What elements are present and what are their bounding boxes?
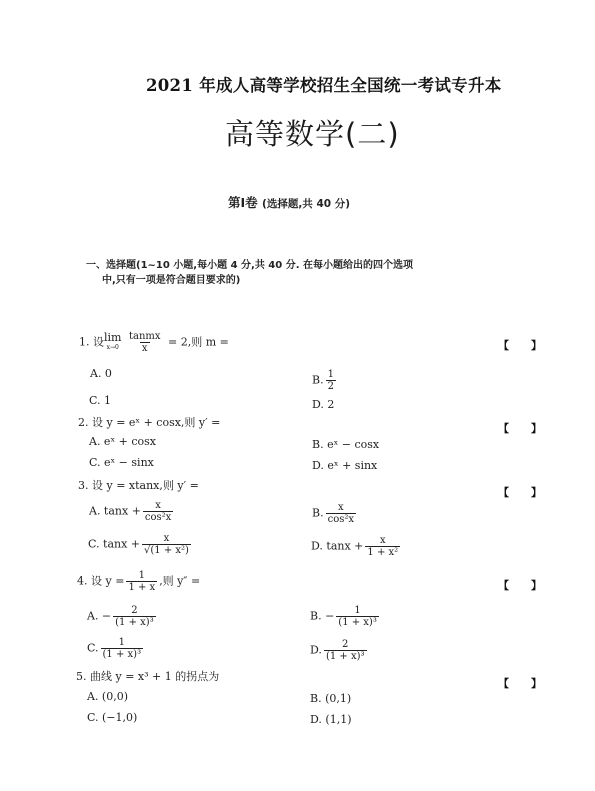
numerator: 1 <box>326 369 336 380</box>
denominator: (1 + x)³ <box>113 616 156 628</box>
instruction-line-1: 一、选择题(1~10 小题,每小题 4 分,共 40 分. 在每小题给出的四个选… <box>86 260 413 271</box>
numerator: x <box>162 533 172 544</box>
option-1a[interactable]: A. 0 <box>90 367 112 380</box>
denominator: (1 + x)³ <box>324 650 367 662</box>
answer-bracket-2[interactable]: 【 】 <box>498 420 542 436</box>
fraction: xcos²x <box>326 502 356 525</box>
numerator: 2 <box>129 605 139 616</box>
option-label: D. <box>310 644 322 657</box>
lim-label: lim <box>104 333 121 343</box>
lim-subscript: x→0 <box>107 343 119 353</box>
answer-bracket-4[interactable]: 【 】 <box>498 577 542 593</box>
question-5-stem: 5. 曲线 y = x³ + 1 的拐点为 <box>76 668 219 684</box>
denominator: (1 + x)³ <box>336 616 379 628</box>
option-label: C. <box>87 642 99 655</box>
numerator: tanmx <box>127 331 163 342</box>
option-1b[interactable]: B.12 <box>312 369 338 392</box>
part-subtitle: (选择题,共 40 分) <box>262 198 350 210</box>
option-2a[interactable]: A. eˣ + cosx <box>89 435 156 448</box>
option-label: C. tanx + <box>88 538 140 551</box>
denominator: x <box>140 342 150 354</box>
denominator: 2 <box>326 380 336 392</box>
question-4-stem: 4. 设 y =11 + x,则 y″ = <box>77 570 200 593</box>
option-label: B. <box>312 507 324 520</box>
subject-title: 高等数学(二) <box>225 112 400 153</box>
option-5a[interactable]: A. (0,0) <box>87 690 128 703</box>
option-5b[interactable]: B. (0,1) <box>310 692 351 705</box>
question-text: 设 y = xtanx,则 y′ = <box>92 479 199 492</box>
part-label: 第Ⅰ卷 <box>228 195 258 210</box>
denominator: 1 + x² <box>365 546 400 558</box>
question-number: 1. <box>79 336 90 349</box>
fraction: 2(1 + x)³ <box>324 639 367 662</box>
option-1d[interactable]: D. 2 <box>312 398 334 411</box>
option-4b[interactable]: B. −1(1 + x)³ <box>310 605 381 628</box>
numerator: x <box>153 500 163 511</box>
fraction: 11 + x <box>126 570 157 593</box>
answer-bracket-5[interactable]: 【 】 <box>498 675 542 691</box>
option-2c[interactable]: C. eˣ − sinx <box>89 456 154 469</box>
question-text-suffix: = 2,则 m = <box>168 336 229 349</box>
option-3a[interactable]: A. tanx +xcos²x <box>89 500 175 523</box>
option-3c[interactable]: C. tanx +x√(1 + x²) <box>88 533 193 556</box>
fraction: 2(1 + x)³ <box>113 605 156 628</box>
question-3-stem: 3. 设 y = xtanx,则 y′ = <box>78 477 199 493</box>
part-title: 第Ⅰ卷 (选择题,共 40 分) <box>228 193 350 211</box>
numerator: x <box>336 502 346 513</box>
denominator: 1 + x <box>126 581 157 593</box>
section-instructions: 一、选择题(1~10 小题,每小题 4 分,共 40 分. 在每小题给出的四个选… <box>86 258 486 288</box>
fraction: x1 + x² <box>365 535 400 558</box>
option-3b[interactable]: B.xcos²x <box>312 502 358 525</box>
option-1c[interactable]: C. 1 <box>89 394 111 407</box>
fraction: 1(1 + x)³ <box>336 605 379 628</box>
question-text: 设 y = <box>91 575 124 588</box>
option-label: A. − <box>87 610 111 623</box>
numerator: 2 <box>340 639 350 650</box>
fraction: xcos²x <box>143 500 173 523</box>
numerator: 1 <box>117 637 127 648</box>
numerator: 1 <box>352 605 362 616</box>
question-text: 曲线 y = x³ + 1 的拐点为 <box>90 670 219 683</box>
question-text: 设 y = eˣ + cosx,则 y′ = <box>92 416 220 429</box>
limit-expression: limx→0 <box>104 333 121 353</box>
question-1-stem: 1. 设limx→0 tanmxx = 2,则 m = <box>79 331 229 354</box>
option-label: B. <box>312 374 324 387</box>
question-text: 设 <box>93 336 104 349</box>
option-2b[interactable]: B. eˣ − cosx <box>312 438 379 451</box>
fraction: x√(1 + x²) <box>142 533 191 556</box>
option-4c[interactable]: C.1(1 + x)³ <box>87 637 145 660</box>
fraction: 12 <box>326 369 336 392</box>
exam-title: 2021 年成人高等学校招生全国统一考试专升本 <box>146 72 586 96</box>
denominator: cos²x <box>326 513 356 525</box>
fraction: tanmxx <box>127 331 163 354</box>
question-2-stem: 2. 设 y = eˣ + cosx,则 y′ = <box>78 414 220 430</box>
answer-bracket-1[interactable]: 【 】 <box>498 337 542 353</box>
denominator: cos²x <box>143 511 173 523</box>
answer-bracket-3[interactable]: 【 】 <box>498 484 542 500</box>
question-number: 5. <box>76 670 87 683</box>
option-label: A. tanx + <box>89 505 141 518</box>
denominator: √(1 + x²) <box>142 544 191 556</box>
option-5d[interactable]: D. (1,1) <box>310 713 352 726</box>
fraction: 1(1 + x)³ <box>101 637 144 660</box>
option-2d[interactable]: D. eˣ + sinx <box>312 459 377 472</box>
numerator: 1 <box>137 570 147 581</box>
instruction-line-2: 中,只有一项是符合题目要求的) <box>86 273 486 288</box>
question-number: 2. <box>78 416 89 429</box>
option-4a[interactable]: A. −2(1 + x)³ <box>87 605 158 628</box>
question-number: 3. <box>78 479 89 492</box>
question-text-suffix: ,则 y″ = <box>159 575 200 588</box>
question-number: 4. <box>77 575 88 588</box>
numerator: x <box>378 535 388 546</box>
option-label: B. − <box>310 610 334 623</box>
option-label: D. tanx + <box>311 540 363 553</box>
option-3d[interactable]: D. tanx +x1 + x² <box>311 535 402 558</box>
option-5c[interactable]: C. (−1,0) <box>87 711 137 724</box>
denominator: (1 + x)³ <box>101 648 144 660</box>
option-4d[interactable]: D.2(1 + x)³ <box>310 639 369 662</box>
